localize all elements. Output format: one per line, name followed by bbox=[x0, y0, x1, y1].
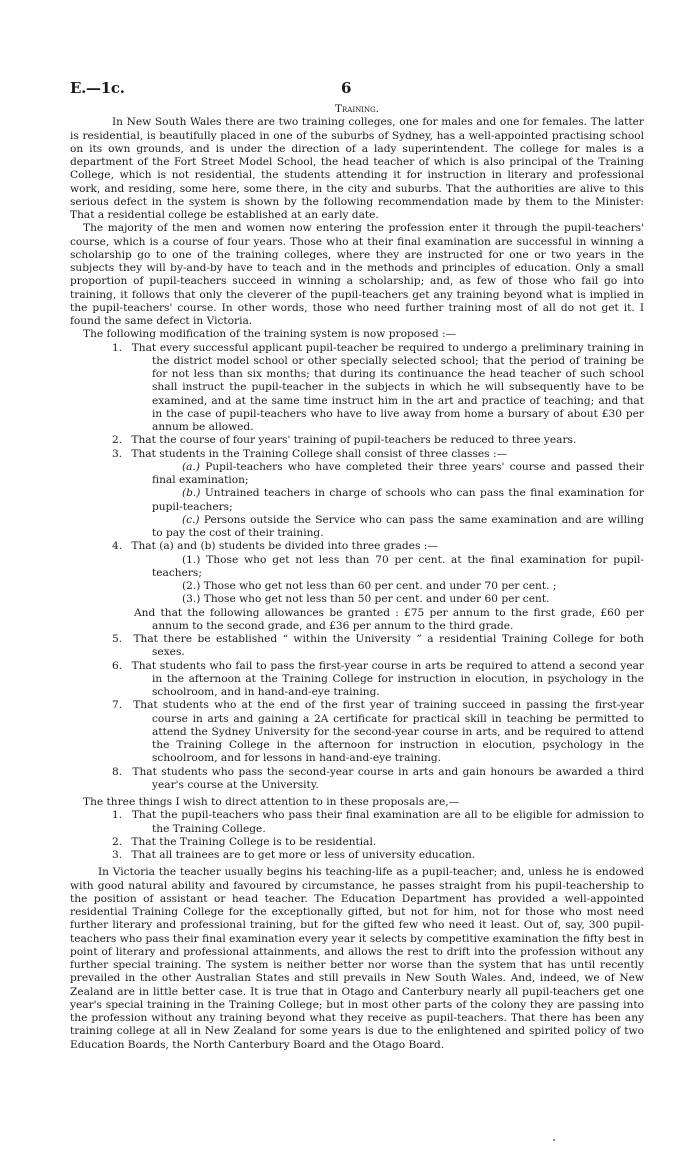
proposal-item-3: 3. That students in the Training College… bbox=[70, 448, 644, 461]
class-item-b: (b.) Untrained teachers in charge of sch… bbox=[70, 487, 644, 514]
document-body: Training. In New South Wales there are t… bbox=[70, 103, 644, 1052]
summary-item-2: 2. That the Training College is to be re… bbox=[70, 836, 644, 849]
summary-list: 1. That the pupil-teachers who pass thei… bbox=[70, 809, 644, 862]
class-item-a: (a.) Pupil-teachers who have completed t… bbox=[70, 461, 644, 488]
grade-item-3: (3.) Those who get not less than 50 per … bbox=[70, 593, 644, 606]
grade-item-1: (1.) Those who get not less than 70 per … bbox=[70, 554, 644, 581]
class-item-c: (c.) Persons outside the Service who can… bbox=[70, 514, 644, 541]
proposal-item-2: 2. That the course of four years' traini… bbox=[70, 434, 644, 447]
summary-item-3: 3. That all trainees are to get more or … bbox=[70, 849, 644, 862]
paragraph-pupil-teachers: The majority of the men and women now en… bbox=[70, 222, 644, 328]
page-number: 6 bbox=[341, 79, 351, 97]
page-header: E.—1c. 6 bbox=[70, 79, 644, 97]
grade-item-2: (2.) Those who get not less than 60 per … bbox=[70, 580, 644, 593]
paragraph-nsw-colleges: In New South Wales there are two trainin… bbox=[70, 116, 644, 222]
paragraph-victoria: In Victoria the teacher usually begins h… bbox=[70, 866, 644, 1052]
scan-speck bbox=[553, 1139, 555, 1141]
proposals-list: 1. That every successful applicant pupil… bbox=[70, 342, 644, 793]
proposal-item-6: 6. That students who fail to pass the fi… bbox=[70, 660, 644, 700]
section-heading: Training. bbox=[70, 103, 644, 116]
allowances-text: And that the following allowances be gra… bbox=[70, 607, 644, 634]
summary-intro: The three things I wish to direct attent… bbox=[70, 796, 644, 809]
proposal-item-4: 4. That (a) and (b) students be divided … bbox=[70, 540, 644, 553]
summary-item-1: 1. That the pupil-teachers who pass thei… bbox=[70, 809, 644, 836]
proposal-item-5: 5. That there be established “ within th… bbox=[70, 633, 644, 660]
paragraph-proposal-intro: The following modification of the traini… bbox=[70, 328, 644, 341]
document-reference: E.—1c. bbox=[70, 79, 125, 97]
proposal-item-8: 8. That students who pass the second-yea… bbox=[70, 766, 644, 793]
proposal-item-1: 1. That every successful applicant pupil… bbox=[70, 342, 644, 435]
proposal-item-7: 7. That students who at the end of the f… bbox=[70, 699, 644, 765]
